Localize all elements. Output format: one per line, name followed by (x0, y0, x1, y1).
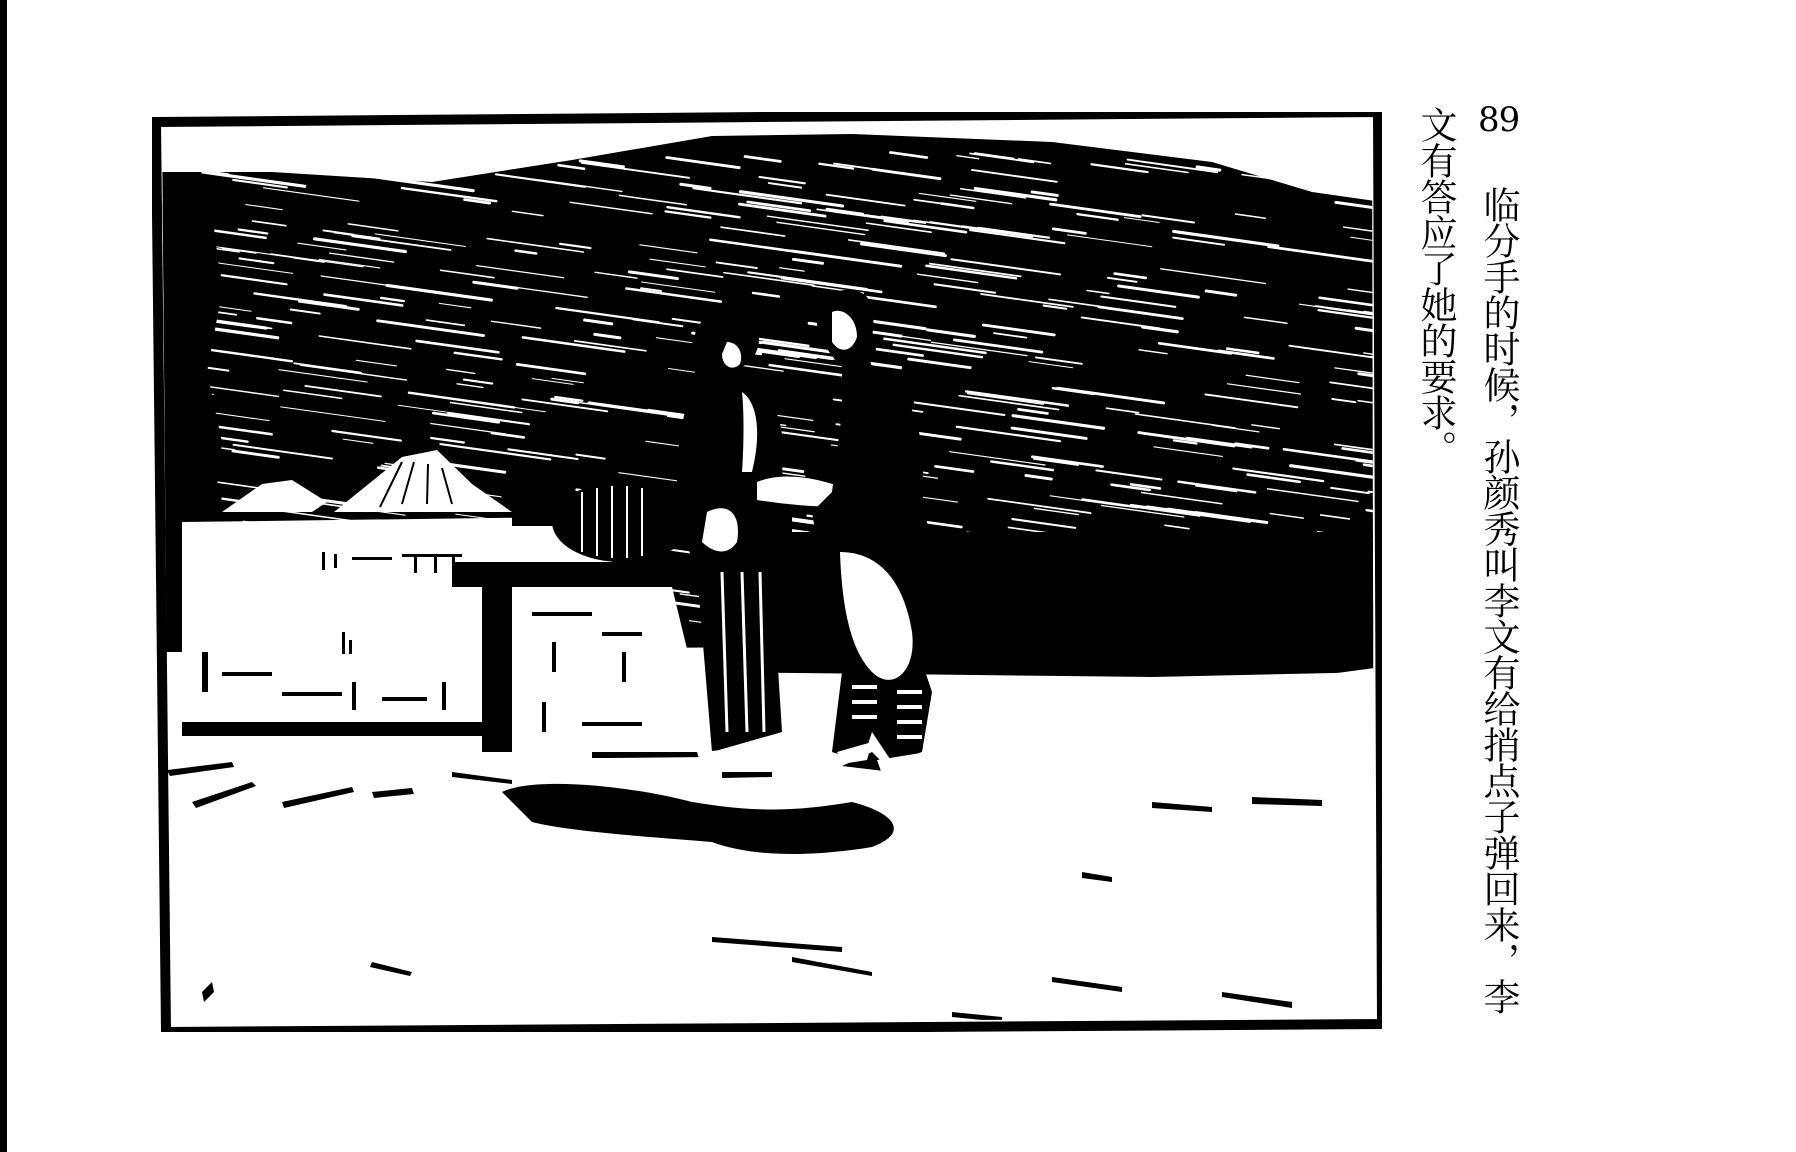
page-number: 89 (1478, 100, 1519, 140)
mill-base (482, 587, 712, 752)
caption-column-1: 临分手的时候，孙颜秀叫李文有给捎点子弹回来，李 (1476, 186, 1520, 1014)
illustration-panel (152, 112, 1382, 1032)
woodcut-illustration (152, 112, 1382, 1032)
dark-background-right (712, 532, 1382, 677)
caption-column-2: 文有答应了她的要求。 (1413, 106, 1457, 466)
page-edge-bar (0, 0, 7, 1152)
